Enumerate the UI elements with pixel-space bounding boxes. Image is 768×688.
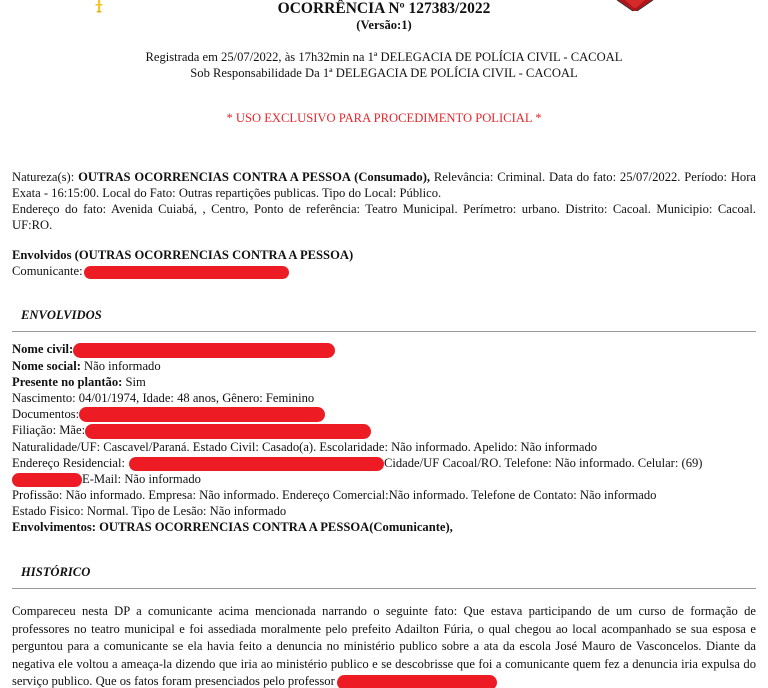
natureza-block: Natureza(s): OUTRAS OCORRENCIAS CONTRA A… [12, 169, 756, 233]
natureza-value: OUTRAS OCORRENCIAS CONTRA A PESSOA (Cons… [78, 170, 430, 184]
email-line: E-Mail: Não informado [82, 472, 201, 486]
profissao-line: Profissão: Não informado. Empresa: Não i… [12, 488, 656, 502]
redaction-nome-civil [73, 343, 335, 358]
version-label: (Versão:1) [0, 18, 768, 33]
presente-value: Sim [122, 375, 145, 389]
endereco-label: Endereço Residencial: [12, 456, 125, 470]
filiacao-label: Filiação: Mãe: [12, 423, 85, 437]
redaction-filiacao [85, 424, 371, 439]
registration-info: Registrada em 25/07/2022, às 17h32min na… [0, 49, 768, 81]
historico-narrative: Compareceu nesta DP a comunicante acima … [12, 603, 756, 688]
redaction-professor [337, 675, 497, 688]
nome-civil-label: Nome civil: [12, 342, 73, 356]
comunicante-label: Comunicante: [12, 264, 86, 278]
section-title-historico: HISTÓRICO [21, 565, 90, 580]
redaction-endereco [129, 457, 384, 471]
envolvimentos-line: Envolvimentos: OUTRAS OCORRENCIAS CONTRA… [12, 520, 453, 534]
exclusive-use-notice: * USO EXCLUSIVO PARA PROCEDIMENTO POLICI… [0, 111, 768, 126]
natureza-label: Natureza(s): [12, 170, 78, 184]
nome-social-label: Nome social: [12, 359, 81, 373]
person-details: Nome civil: Nome social: Não informado P… [12, 341, 756, 535]
envolvidos-summary: Envolvidos (OUTRAS OCORRENCIAS CONTRA A … [12, 247, 756, 279]
redaction-celular [12, 473, 82, 487]
nascimento-line: Nascimento: 04/01/1974, Idade: 48 anos, … [12, 391, 314, 405]
naturalidade-line: Naturalidade/UF: Cascavel/Paraná. Estado… [12, 440, 597, 454]
occurrence-title: OCORRÊNCIA Nº 127383/2022 [0, 0, 768, 17]
fact-address: Endereço do fato: Avenida Cuiabá, , Cent… [12, 202, 756, 232]
registered-line: Registrada em 25/07/2022, às 17h32min na… [0, 49, 768, 65]
nome-social-value: Não informado [81, 359, 161, 373]
section-title-envolvidos: ENVOLVIDOS [21, 308, 102, 323]
redaction-documentos [79, 407, 325, 422]
documentos-label: Documentos: [12, 407, 79, 421]
envolvidos-heading: Envolvidos (OUTRAS OCORRENCIAS CONTRA A … [12, 248, 353, 262]
estado-fisico-line: Estado Fisico: Normal. Tipo de Lesão: Nã… [12, 504, 286, 518]
responsibility-line: Sob Responsabilidade Da 1ª DELEGACIA DE … [0, 65, 768, 81]
endereco-rest: Cidade/UF Cacoal/RO. Telefone: Não infor… [384, 456, 703, 470]
divider-historico [12, 588, 756, 589]
presente-label: Presente no plantão: [12, 375, 122, 389]
redaction-comunicante [84, 266, 289, 279]
divider-envolvidos [12, 331, 756, 332]
